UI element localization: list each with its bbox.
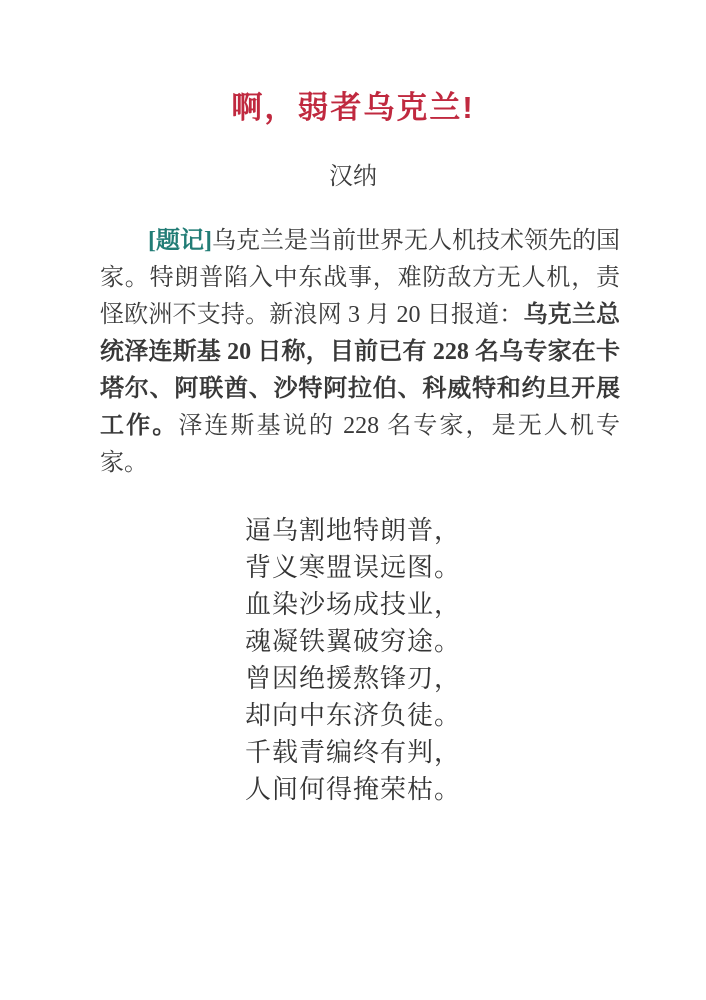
poem-line: 千载青编终有判， [0,734,706,771]
poem-line: 背义寒盟误远图。 [0,549,706,586]
author-name: 汉纳 [0,161,706,193]
paragraph-run-regular: 泽连斯基说的 228 名专家，是无人机专家。 [100,413,620,476]
poem-line: 人间何得掩荣枯。 [0,771,706,808]
preface-paragraph: [题记]乌克兰是当前世界无人机技术领先的国家。特朗普陷入中东战事，难防敌方无人机… [100,223,620,482]
paragraph-run-tag: [题记] [148,228,212,254]
document-page: 啊，弱者乌克兰! 汉纳 [题记]乌克兰是当前世界无人机技术领先的国家。特朗普陷入… [0,0,706,1000]
poem-line: 魂凝铁翼破穷途。 [0,623,706,660]
poem-line: 曾因绝援熬锋刃， [0,660,706,697]
page-title: 啊，弱者乌克兰! [0,88,706,128]
poem-line: 逼乌割地特朗普， [0,512,706,549]
poem-block: 逼乌割地特朗普，背义寒盟误远图。血染沙场成技业，魂凝铁翼破穷途。曾因绝援熬锋刃，… [0,512,706,808]
poem-line: 却向中东济负徒。 [0,697,706,734]
poem-line: 血染沙场成技业， [0,586,706,623]
